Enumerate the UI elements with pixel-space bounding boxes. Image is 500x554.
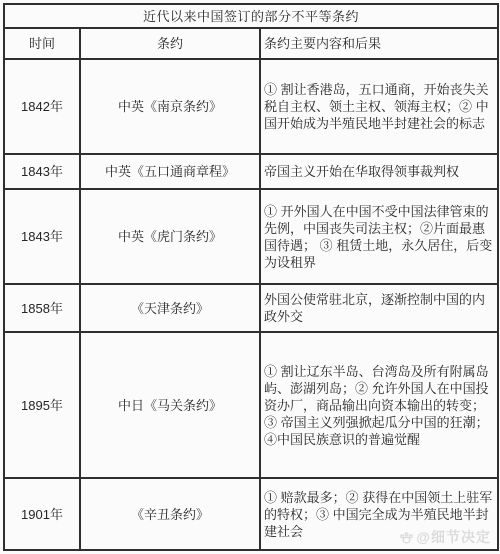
table-row: 1843年 中英《虎门条约》 ① 开外国人在中国不受中国法律管束的先例，中国丧失…: [4, 189, 498, 284]
watermark: @细节决定: [399, 527, 491, 547]
column-header-treaty: 条约: [80, 28, 260, 59]
treaty-cell: 中日《马关条约》: [80, 332, 260, 478]
year-cell: 1843年: [4, 189, 80, 284]
treaty-cell: 中英《五口通商章程》: [80, 154, 260, 189]
year-cell: 1843年: [4, 154, 80, 189]
treaty-cell: 《天津条约》: [80, 284, 260, 332]
year-cell: 1901年: [4, 478, 80, 550]
paw-icon: [399, 530, 414, 545]
content-cell: ① 割让辽东半岛、台湾岛及所有附属岛屿、澎湖列岛；② 允许外国人在中国投资办厂，…: [260, 332, 498, 478]
table-title-row: 近代以来中国签订的部分不平等条约: [4, 4, 498, 28]
column-header-time: 时间: [4, 28, 80, 59]
content-cell: ① 割让香港岛，五口通商，开始丧失关税自主权、领土主权、领海主权；② 中国开始成…: [260, 59, 498, 154]
year-cell: 1895年: [4, 332, 80, 478]
content-cell: ① 开外国人在中国不受中国法律管束的先例，中国丧失司法主权；②片面最惠国待遇； …: [260, 189, 498, 284]
content-cell: 外国公使常驻北京，逐渐控制中国的内政外交: [260, 284, 498, 332]
year-cell: 1842年: [4, 59, 80, 154]
table-row: 1843年 中英《五口通商章程》 帝国主义开始在华取得领事裁判权: [4, 154, 498, 189]
column-header-content: 条约主要内容和后果: [260, 28, 498, 59]
treaty-cell: 中英《虎门条约》: [80, 189, 260, 284]
table-row: 1858年 《天津条约》 外国公使常驻北京，逐渐控制中国的内政外交: [4, 284, 498, 332]
treaty-cell: 《辛丑条约》: [80, 478, 260, 550]
screenshot-root: 近代以来中国签订的部分不平等条约 时间 条约 条约主要内容和后果 1842年 中…: [0, 0, 500, 554]
unequal-treaties-table: 近代以来中国签订的部分不平等条约 时间 条约 条约主要内容和后果 1842年 中…: [3, 3, 499, 551]
treaty-cell: 中英《南京条约》: [80, 59, 260, 154]
year-cell: 1858年: [4, 284, 80, 332]
table-title: 近代以来中国签订的部分不平等条约: [4, 4, 498, 28]
table-header-row: 时间 条约 条约主要内容和后果: [4, 28, 498, 59]
watermark-text: @细节决定: [416, 527, 491, 547]
table-row: 1842年 中英《南京条约》 ① 割让香港岛，五口通商，开始丧失关税自主权、领土…: [4, 59, 498, 154]
content-cell: 帝国主义开始在华取得领事裁判权: [260, 154, 498, 189]
table-row: 1895年 中日《马关条约》 ① 割让辽东半岛、台湾岛及所有附属岛屿、澎湖列岛；…: [4, 332, 498, 478]
